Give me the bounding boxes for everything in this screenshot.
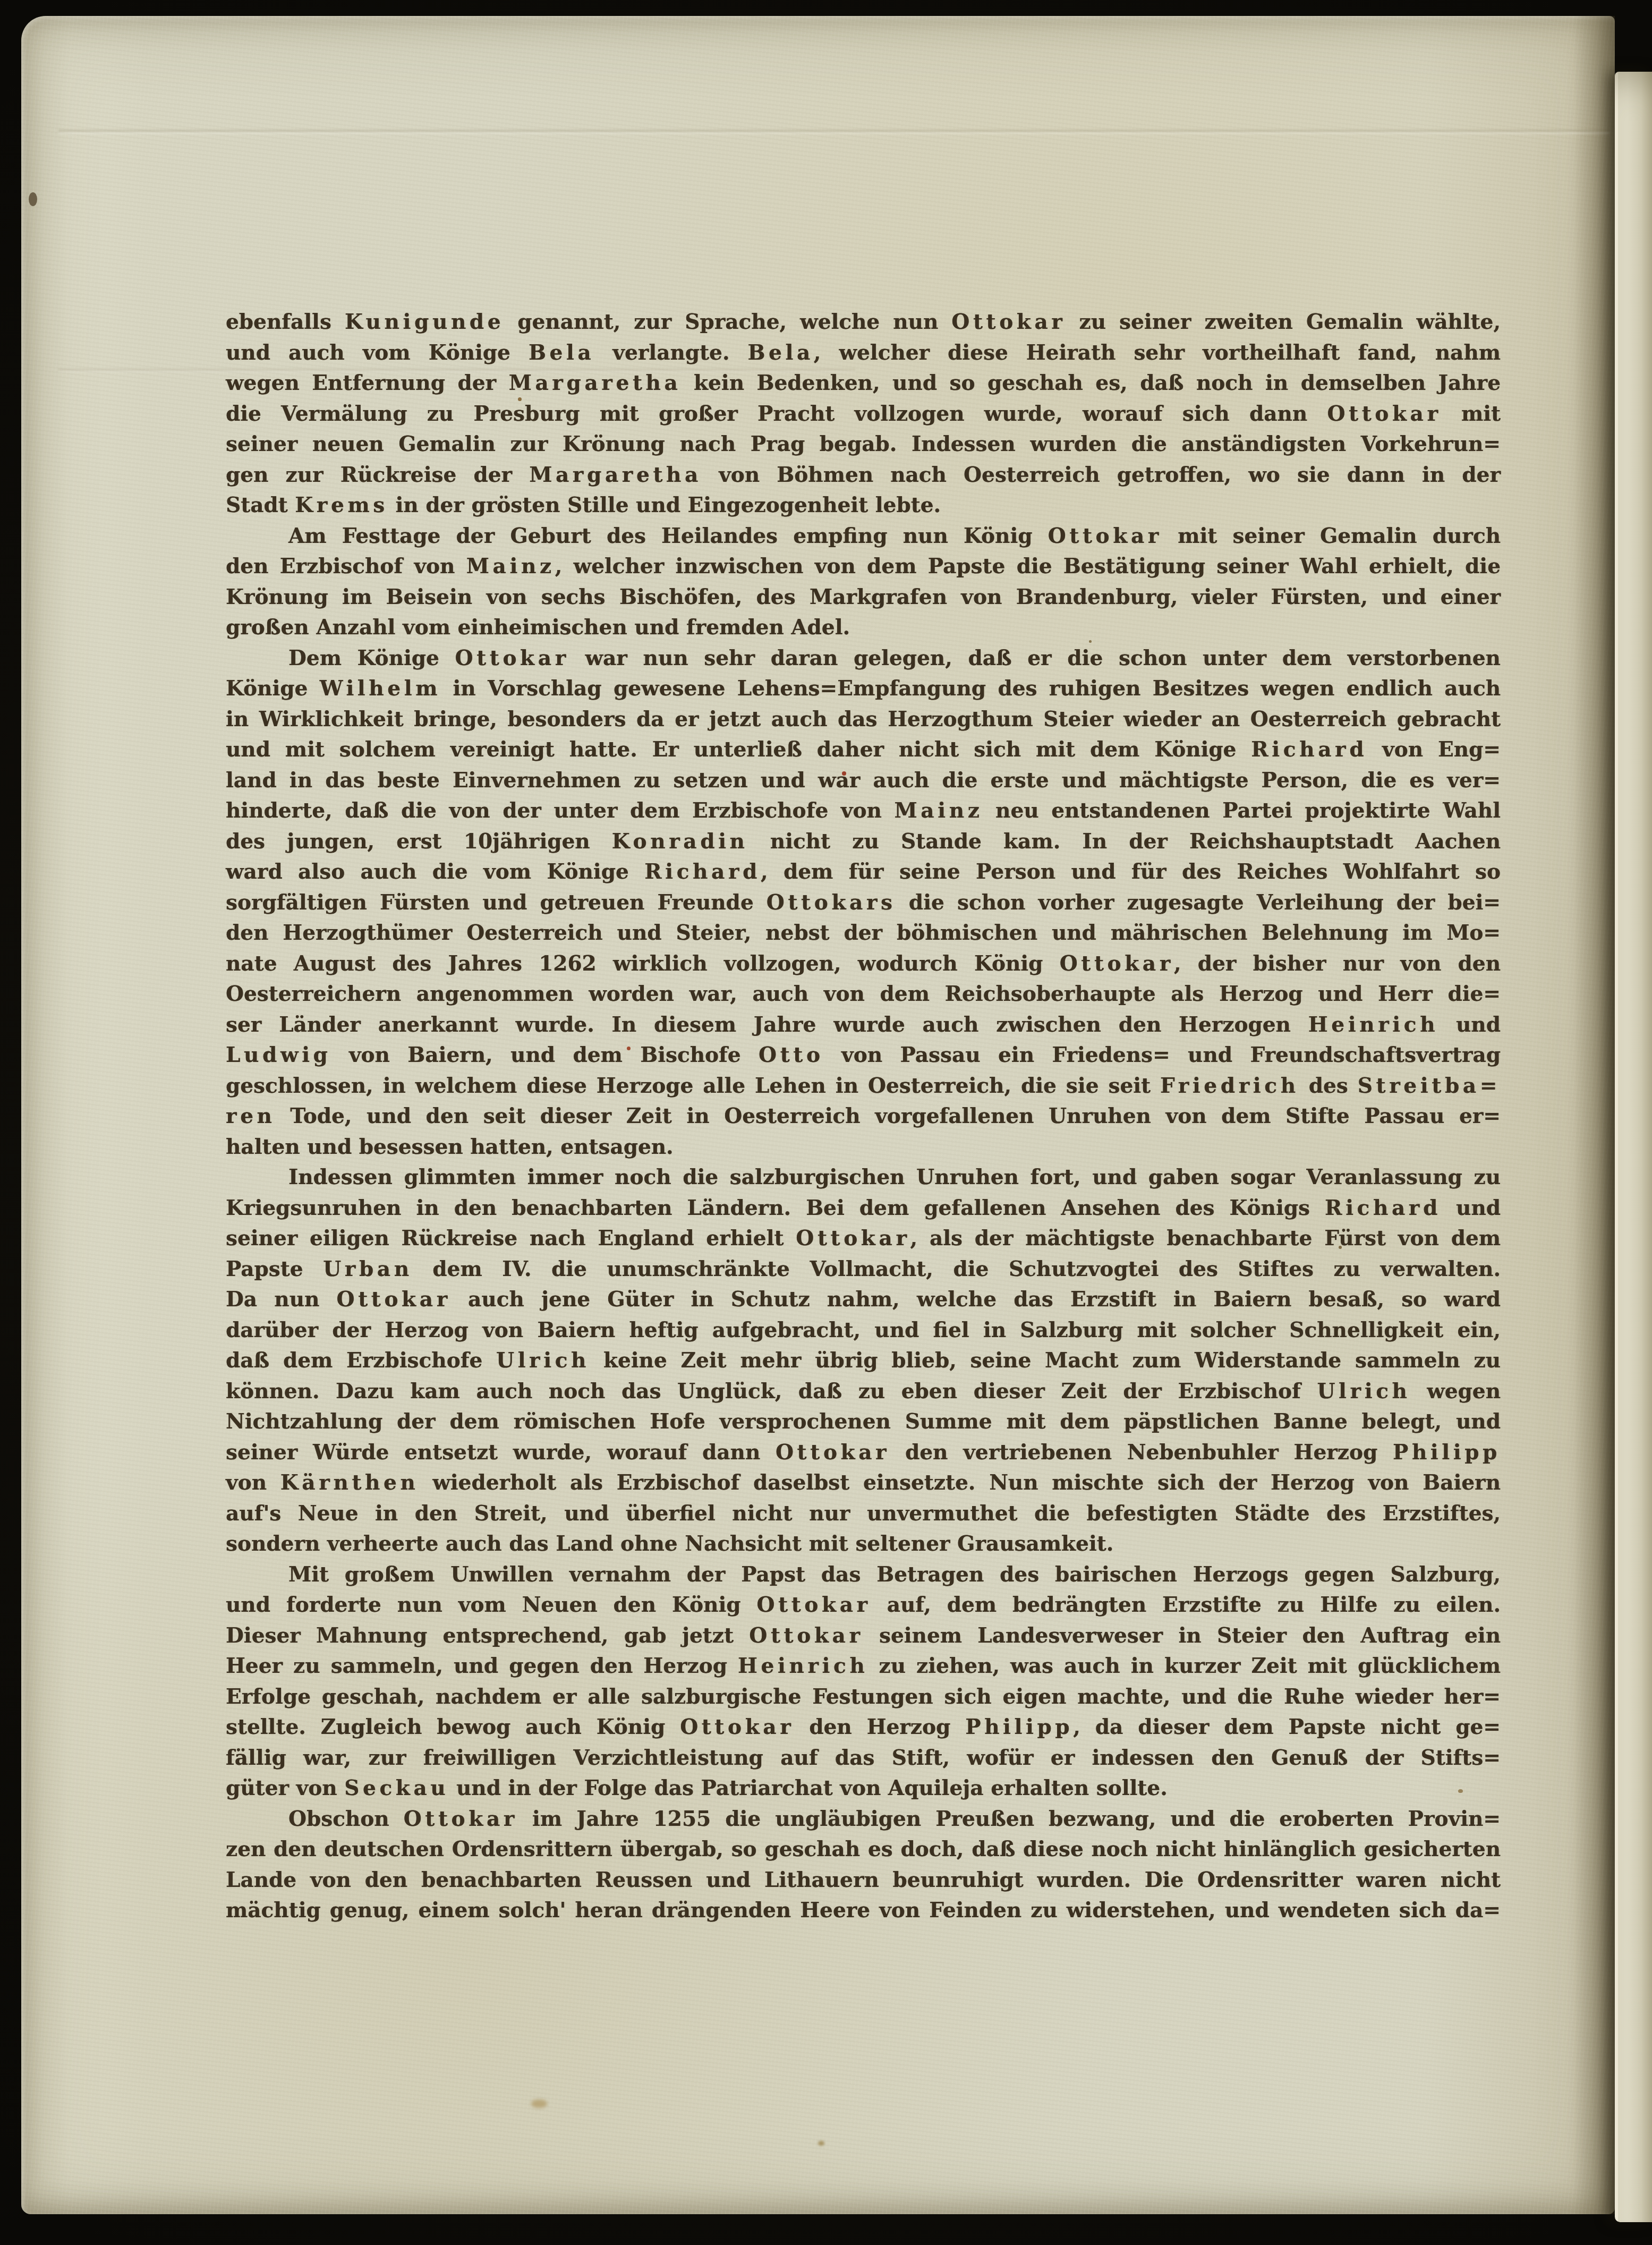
spaced-proper-name: Seckau [344, 1776, 449, 1800]
text-line: nate August des Jahres 1262 wirklich vol… [226, 949, 1501, 980]
paragraph: Obschon Ottokar im Jahre 1255 die ungläu… [226, 1804, 1501, 1926]
page-text: ebenfalls Kunigunde genannt, zur Sprache… [226, 307, 1501, 1926]
text-segment: daß dem Erzbischofe [226, 1348, 496, 1373]
paragraph: ebenfalls Kunigunde genannt, zur Sprache… [226, 307, 1501, 521]
text-line: Dieser Mahnung entsprechend, gab jetzt O… [226, 1621, 1501, 1652]
text-segment: Tode, und den seit dieser Zeit in Oester… [276, 1104, 1501, 1128]
spaced-proper-name: Bela [529, 341, 594, 365]
spaced-proper-name: Urban [323, 1257, 413, 1281]
text-segment: von Böhmen nach Oesterreich getroffen, w… [702, 463, 1501, 487]
text-segment: Obschon [288, 1807, 404, 1831]
text-line: Lande von den benachbarten Reussen und L… [226, 1865, 1501, 1896]
text-line: Krönung im Beisein von sechs Bischöfen, … [226, 582, 1501, 613]
text-line: seiner neuen Gemalin zur Krönung nach Pr… [226, 429, 1501, 460]
text-line: ebenfalls Kunigunde genannt, zur Sprache… [226, 307, 1501, 338]
text-segment: auf, dem bedrängten Erzstifte zu Hilfe z… [871, 1593, 1501, 1617]
text-segment: verlangte. [594, 341, 747, 365]
text-line: geschlossen, in welchem diese Herzoge al… [226, 1071, 1501, 1102]
text-segment: Stadt [226, 493, 295, 517]
paper-crease [58, 129, 1610, 135]
spaced-proper-name: Konradin [612, 829, 748, 854]
text-segment: fällig war, zur freiwilligen Verzichtlei… [226, 1746, 1501, 1770]
spaced-proper-name: Ottokar [951, 310, 1066, 334]
text-segment: war nun sehr daran gelegen, daß er die s… [569, 646, 1501, 670]
text-line: und forderte nun vom Neuen den König Ott… [226, 1590, 1501, 1621]
spaced-proper-name: Mainz [895, 798, 983, 823]
text-line: den Erzbischof von Mainz, welcher inzwis… [226, 551, 1501, 582]
text-line: güter von Seckau und in der Folge das Pa… [226, 1773, 1501, 1804]
spaced-proper-name: Ottokar [1048, 524, 1162, 548]
text-segment: den Herzogthümer Oesterreich und Steier,… [226, 921, 1501, 945]
text-line: Da nun Ottokar auch jene Güter in Schutz… [226, 1285, 1501, 1315]
text-segment: , als der mächtigste benachbarte Fürst v… [910, 1226, 1501, 1251]
spaced-proper-name: Ottokar [756, 1593, 871, 1617]
text-segment: wegen [1411, 1379, 1501, 1404]
text-segment: können. Dazu kam auch noch das Unglück, … [226, 1379, 1317, 1404]
paper-speck [531, 2099, 547, 2108]
text-segment: den Erzbischof von [226, 554, 466, 579]
text-line: Nichtzahlung der dem römischen Hofe vers… [226, 1407, 1501, 1438]
text-line: Könige Wilhelm in Vorschlag gewesene Leh… [226, 674, 1501, 704]
text-segment: seiner eiligen Rückreise nach England er… [226, 1226, 796, 1251]
text-line: gen zur Rückreise der Margaretha von Böh… [226, 460, 1501, 491]
text-segment: land in das beste Einvernehmen zu setzen… [226, 768, 1501, 793]
spaced-proper-name: Ottokar [1327, 402, 1441, 426]
text-segment: und in der Folge das Patriarchat von Aqu… [449, 1776, 1167, 1800]
text-segment: in Wirklichkeit bringe, besonders da er … [226, 707, 1501, 732]
paper-speck [29, 192, 37, 206]
text-segment: von Baiern, und dem Bischofe [331, 1043, 759, 1067]
text-segment: , da dieser dem Papste nicht ge= [1073, 1715, 1501, 1739]
text-segment: und mit solchem vereinigt hatte. Er unte… [226, 737, 1251, 762]
text-line: von Kärnthen wiederholt als Erzbischof d… [226, 1468, 1501, 1499]
text-segment: genannt, zur Sprache, welche nun [504, 310, 951, 334]
text-segment: , dem für seine Person und für des Reich… [761, 860, 1501, 884]
text-line: Erfolge geschah, nachdem er alle salzbur… [226, 1682, 1501, 1713]
spaced-proper-name: Richard [644, 860, 761, 884]
book-page: ebenfalls Kunigunde genannt, zur Sprache… [21, 16, 1615, 2214]
spaced-proper-name: Ottokar [337, 1287, 451, 1312]
text-line: und mit solchem vereinigt hatte. Er unte… [226, 735, 1501, 766]
text-segment: mit seiner Gemalin durch [1162, 524, 1501, 548]
text-segment: neu entstandenen Partei projektirte Wahl [983, 798, 1501, 823]
text-segment: Erfolge geschah, nachdem er alle salzbur… [226, 1685, 1501, 1709]
text-segment: wiederholt als Erzbischof daselbst einse… [419, 1470, 1501, 1495]
text-segment: mächtig genug, einem solch' heran dränge… [226, 1898, 1501, 1923]
text-line: hinderte, daß die von der unter dem Erzb… [226, 796, 1501, 827]
text-line: seiner Würde entsetzt wurde, worauf dann… [226, 1438, 1501, 1468]
text-segment: und forderte nun vom Neuen den König [226, 1593, 756, 1617]
text-segment: und [1438, 1013, 1501, 1037]
text-segment: Krönung im Beisein von sechs Bischöfen, … [226, 585, 1501, 609]
text-segment: sorgfältigen Fürsten und getreuen Freund… [226, 890, 767, 915]
text-segment: Am Festtage der Geburt des Heilandes emp… [288, 524, 1048, 548]
text-segment: Oesterreichern angenommen worden war, au… [226, 982, 1501, 1006]
text-segment: güter von [226, 1776, 344, 1800]
paragraph: Mit großem Unwillen vernahm der Papst da… [226, 1560, 1501, 1804]
text-line: halten und besessen hatten, entsagen. [226, 1132, 1501, 1163]
text-segment: von [226, 1470, 280, 1495]
text-segment: die Vermälung zu Presburg mit großer Pra… [226, 402, 1327, 426]
spaced-proper-name: Richard [1251, 737, 1367, 762]
spaced-proper-name: Ludwig [226, 1043, 331, 1067]
text-segment: seiner neuen Gemalin zur Krönung nach Pr… [226, 432, 1501, 456]
paper-speck [818, 2141, 824, 2146]
text-segment: geschlossen, in welchem diese Herzoge al… [226, 1074, 1160, 1098]
text-segment: nicht zu Stande kam. In der Reichshaupts… [748, 829, 1501, 854]
text-segment: Heer zu sammeln, und gegen den Herzog [226, 1654, 738, 1678]
text-segment: großen Anzahl vom einheimischen und frem… [226, 615, 850, 640]
text-segment: auch jene Güter in Schutz nahm, welche d… [451, 1287, 1501, 1312]
text-segment: seiner Würde entsetzt wurde, worauf dann [226, 1440, 776, 1465]
spaced-proper-name: Ottokar [404, 1807, 518, 1831]
spaced-proper-name: Ulrich [1317, 1379, 1410, 1404]
spaced-proper-name: Margaretha [529, 463, 702, 487]
text-segment: stellte. Zugleich bewog auch König [226, 1715, 680, 1739]
spaced-proper-name: Kärnthen [280, 1470, 419, 1495]
text-line: ren Tode, und den seit dieser Zeit in Oe… [226, 1101, 1501, 1132]
text-segment: zen den deutschen Ordensrittern übergab,… [226, 1837, 1501, 1861]
text-line: daß dem Erzbischofe Ulrich keine Zeit me… [226, 1346, 1501, 1376]
spaced-proper-name: Richard [1325, 1196, 1441, 1220]
text-segment: in der grösten Stille und Eingezogenheit… [388, 493, 941, 517]
text-line: Am Festtage der Geburt des Heilandes emp… [226, 521, 1501, 552]
spaced-proper-name: Kunigunde [345, 310, 504, 334]
text-segment: Mit großem Unwillen vernahm der Papst da… [288, 1562, 1501, 1587]
text-line: Papste Urban dem IV. die unumschränkte V… [226, 1254, 1501, 1285]
text-segment: , welcher diese Heirath sehr vortheilhaf… [814, 341, 1501, 365]
text-segment: , der bisher nur von den [1174, 951, 1501, 976]
text-segment: gen zur Rückreise der [226, 463, 529, 487]
paragraph: Am Festtage der Geburt des Heilandes emp… [226, 521, 1501, 643]
text-segment: des jungen, erst 10jährigen [226, 829, 612, 854]
text-segment: nate August des Jahres 1262 wirklich vol… [226, 951, 1060, 976]
text-line: großen Anzahl vom einheimischen und frem… [226, 613, 1501, 643]
text-segment: die schon vorher zugesagte Verleihung de… [896, 890, 1501, 915]
text-segment: und auch vom Könige [226, 341, 529, 365]
text-segment: im Jahre 1255 die ungläubigen Preußen be… [518, 1807, 1501, 1831]
spaced-proper-name: Heinrich [1308, 1013, 1438, 1037]
text-segment: Nichtzahlung der dem römischen Hofe vers… [226, 1409, 1501, 1434]
text-segment: hinderte, daß die von der unter dem Erzb… [226, 798, 895, 823]
paragraph: Dem Könige Ottokar war nun sehr daran ge… [226, 643, 1501, 1163]
spaced-proper-name: Otto [759, 1043, 824, 1067]
text-line: zen den deutschen Ordensrittern übergab,… [226, 1834, 1501, 1865]
text-line: sorgfältigen Fürsten und getreuen Freund… [226, 888, 1501, 919]
spaced-proper-name: Heinrich [738, 1654, 868, 1678]
text-segment: Dieser Mahnung entsprechend, gab jetzt [226, 1623, 749, 1648]
text-segment: von Passau ein Friedens= und Freundschaf… [824, 1043, 1501, 1067]
text-line: ward also auch die vom Könige Richard, d… [226, 857, 1501, 888]
text-segment: , welcher inzwischen von dem Papste die … [555, 554, 1501, 579]
spaced-proper-name: Wilhelm [320, 676, 441, 701]
spaced-proper-name: ren [226, 1104, 276, 1128]
text-segment: und [1441, 1196, 1501, 1220]
text-segment: halten und besessen hatten, entsagen. [226, 1135, 674, 1159]
text-segment: ser Länder anerkannt wurde. In diesem Ja… [226, 1013, 1308, 1037]
text-segment: Da nun [226, 1287, 337, 1312]
text-line: die Vermälung zu Presburg mit großer Pra… [226, 399, 1501, 430]
text-line: können. Dazu kam auch noch das Unglück, … [226, 1376, 1501, 1407]
text-line: land in das beste Einvernehmen zu setzen… [226, 766, 1501, 796]
text-segment: sondern verheerte auch das Land ohne Nac… [226, 1532, 1113, 1556]
spaced-proper-name: Streitba= [1358, 1074, 1501, 1098]
spaced-proper-name: Ottokar [680, 1715, 794, 1739]
text-segment: darüber der Herzog von Baiern heftig auf… [226, 1318, 1501, 1342]
spaced-proper-name: Margaretha [509, 371, 682, 395]
spaced-proper-name: Ottokar [1060, 951, 1174, 976]
text-segment: ward also auch die vom Könige [226, 860, 644, 884]
text-segment: den vertriebenen Nebenbuhler Herzog [890, 1440, 1393, 1465]
text-line: sondern verheerte auch das Land ohne Nac… [226, 1529, 1501, 1560]
text-segment: in Vorschlag gewesene Lehens=Empfangung … [441, 676, 1501, 701]
text-line: Dem Könige Ottokar war nun sehr daran ge… [226, 643, 1501, 674]
text-line: Obschon Ottokar im Jahre 1255 die ungläu… [226, 1804, 1501, 1835]
text-line: des jungen, erst 10jährigen Konradin nic… [226, 827, 1501, 857]
text-line: wegen Entfernung der Margaretha kein Bed… [226, 368, 1501, 399]
text-line: Stadt Krems in der grösten Stille und Ei… [226, 490, 1501, 521]
text-line: mächtig genug, einem solch' heran dränge… [226, 1895, 1501, 1926]
spaced-proper-name: Philipp [1393, 1440, 1501, 1465]
text-line: Heer zu sammeln, und gegen den Herzog He… [226, 1651, 1501, 1682]
text-line: Indessen glimmten immer noch die salzbur… [226, 1162, 1501, 1193]
text-line: darüber der Herzog von Baiern heftig auf… [226, 1315, 1501, 1346]
spaced-proper-name: Ottokar [776, 1440, 890, 1465]
spaced-proper-name: Friedrich [1160, 1074, 1299, 1098]
text-line: in Wirklichkeit bringe, besonders da er … [226, 704, 1501, 735]
spaced-proper-name: Ottokar [796, 1226, 910, 1251]
text-segment: Indessen glimmten immer noch die salzbur… [288, 1165, 1501, 1189]
spaced-proper-name: Philipp [965, 1715, 1073, 1739]
text-segment: Könige [226, 676, 320, 701]
spaced-proper-name: Ulrich [496, 1348, 590, 1373]
text-segment: auf's Neue in den Streit, und überfiel n… [226, 1501, 1501, 1526]
spaced-proper-name: Bela [747, 341, 813, 365]
text-segment: zu ziehen, was auch in kurzer Zeit mit g… [868, 1654, 1501, 1678]
text-segment: wegen Entfernung der [226, 371, 509, 395]
text-segment: seinem Landesverweser in Steier den Auft… [864, 1623, 1501, 1648]
text-segment: keine Zeit mehr übrig blieb, seine Macht… [590, 1348, 1501, 1373]
spaced-proper-name: Ottokar [749, 1623, 863, 1648]
text-line: Kriegsunruhen in den benachbarten Länder… [226, 1193, 1501, 1224]
paragraph: Indessen glimmten immer noch die salzbur… [226, 1162, 1501, 1560]
text-segment: ebenfalls [226, 310, 345, 334]
text-line: Ludwig von Baiern, und dem Bischofe Otto… [226, 1040, 1501, 1071]
text-segment: Dem Könige [288, 646, 455, 670]
text-segment: Papste [226, 1257, 323, 1281]
text-line: auf's Neue in den Streit, und überfiel n… [226, 1499, 1501, 1529]
text-line: den Herzogthümer Oesterreich und Steier,… [226, 918, 1501, 949]
text-line: und auch vom Könige Bela verlangte. Bela… [226, 338, 1501, 369]
spaced-proper-name: Ottokar [455, 646, 569, 670]
text-segment: von Eng= [1367, 737, 1501, 762]
text-segment: des [1299, 1074, 1358, 1098]
text-line: seiner eiligen Rückreise nach England er… [226, 1223, 1501, 1254]
book-scan: ebenfalls Kunigunde genannt, zur Sprache… [0, 0, 1652, 2245]
text-line: fällig war, zur freiwilligen Verzichtlei… [226, 1743, 1501, 1774]
text-segment: den Herzog [794, 1715, 965, 1739]
spaced-proper-name: Ottokars [767, 890, 896, 915]
text-segment: dem IV. die unumschränkte Vollmacht, die… [413, 1257, 1501, 1281]
text-line: stellte. Zugleich bewog auch König Ottok… [226, 1712, 1501, 1743]
text-segment: mit [1442, 402, 1501, 426]
spaced-proper-name: Mainz [466, 554, 555, 579]
text-line: Mit großem Unwillen vernahm der Papst da… [226, 1560, 1501, 1591]
spaced-proper-name: Krems [295, 493, 388, 517]
text-segment: Kriegsunruhen in den benachbarten Länder… [226, 1196, 1325, 1220]
text-segment: zu seiner zweiten Gemalin wählte, [1066, 310, 1501, 334]
text-segment: kein Bedenken, und so geschah es, daß no… [681, 371, 1501, 395]
text-line: ser Länder anerkannt wurde. In diesem Ja… [226, 1010, 1501, 1041]
text-line: Oesterreichern angenommen worden war, au… [226, 979, 1501, 1010]
text-segment: Lande von den benachbarten Reussen und L… [226, 1868, 1501, 1892]
next-page-edge [1615, 72, 1652, 2222]
